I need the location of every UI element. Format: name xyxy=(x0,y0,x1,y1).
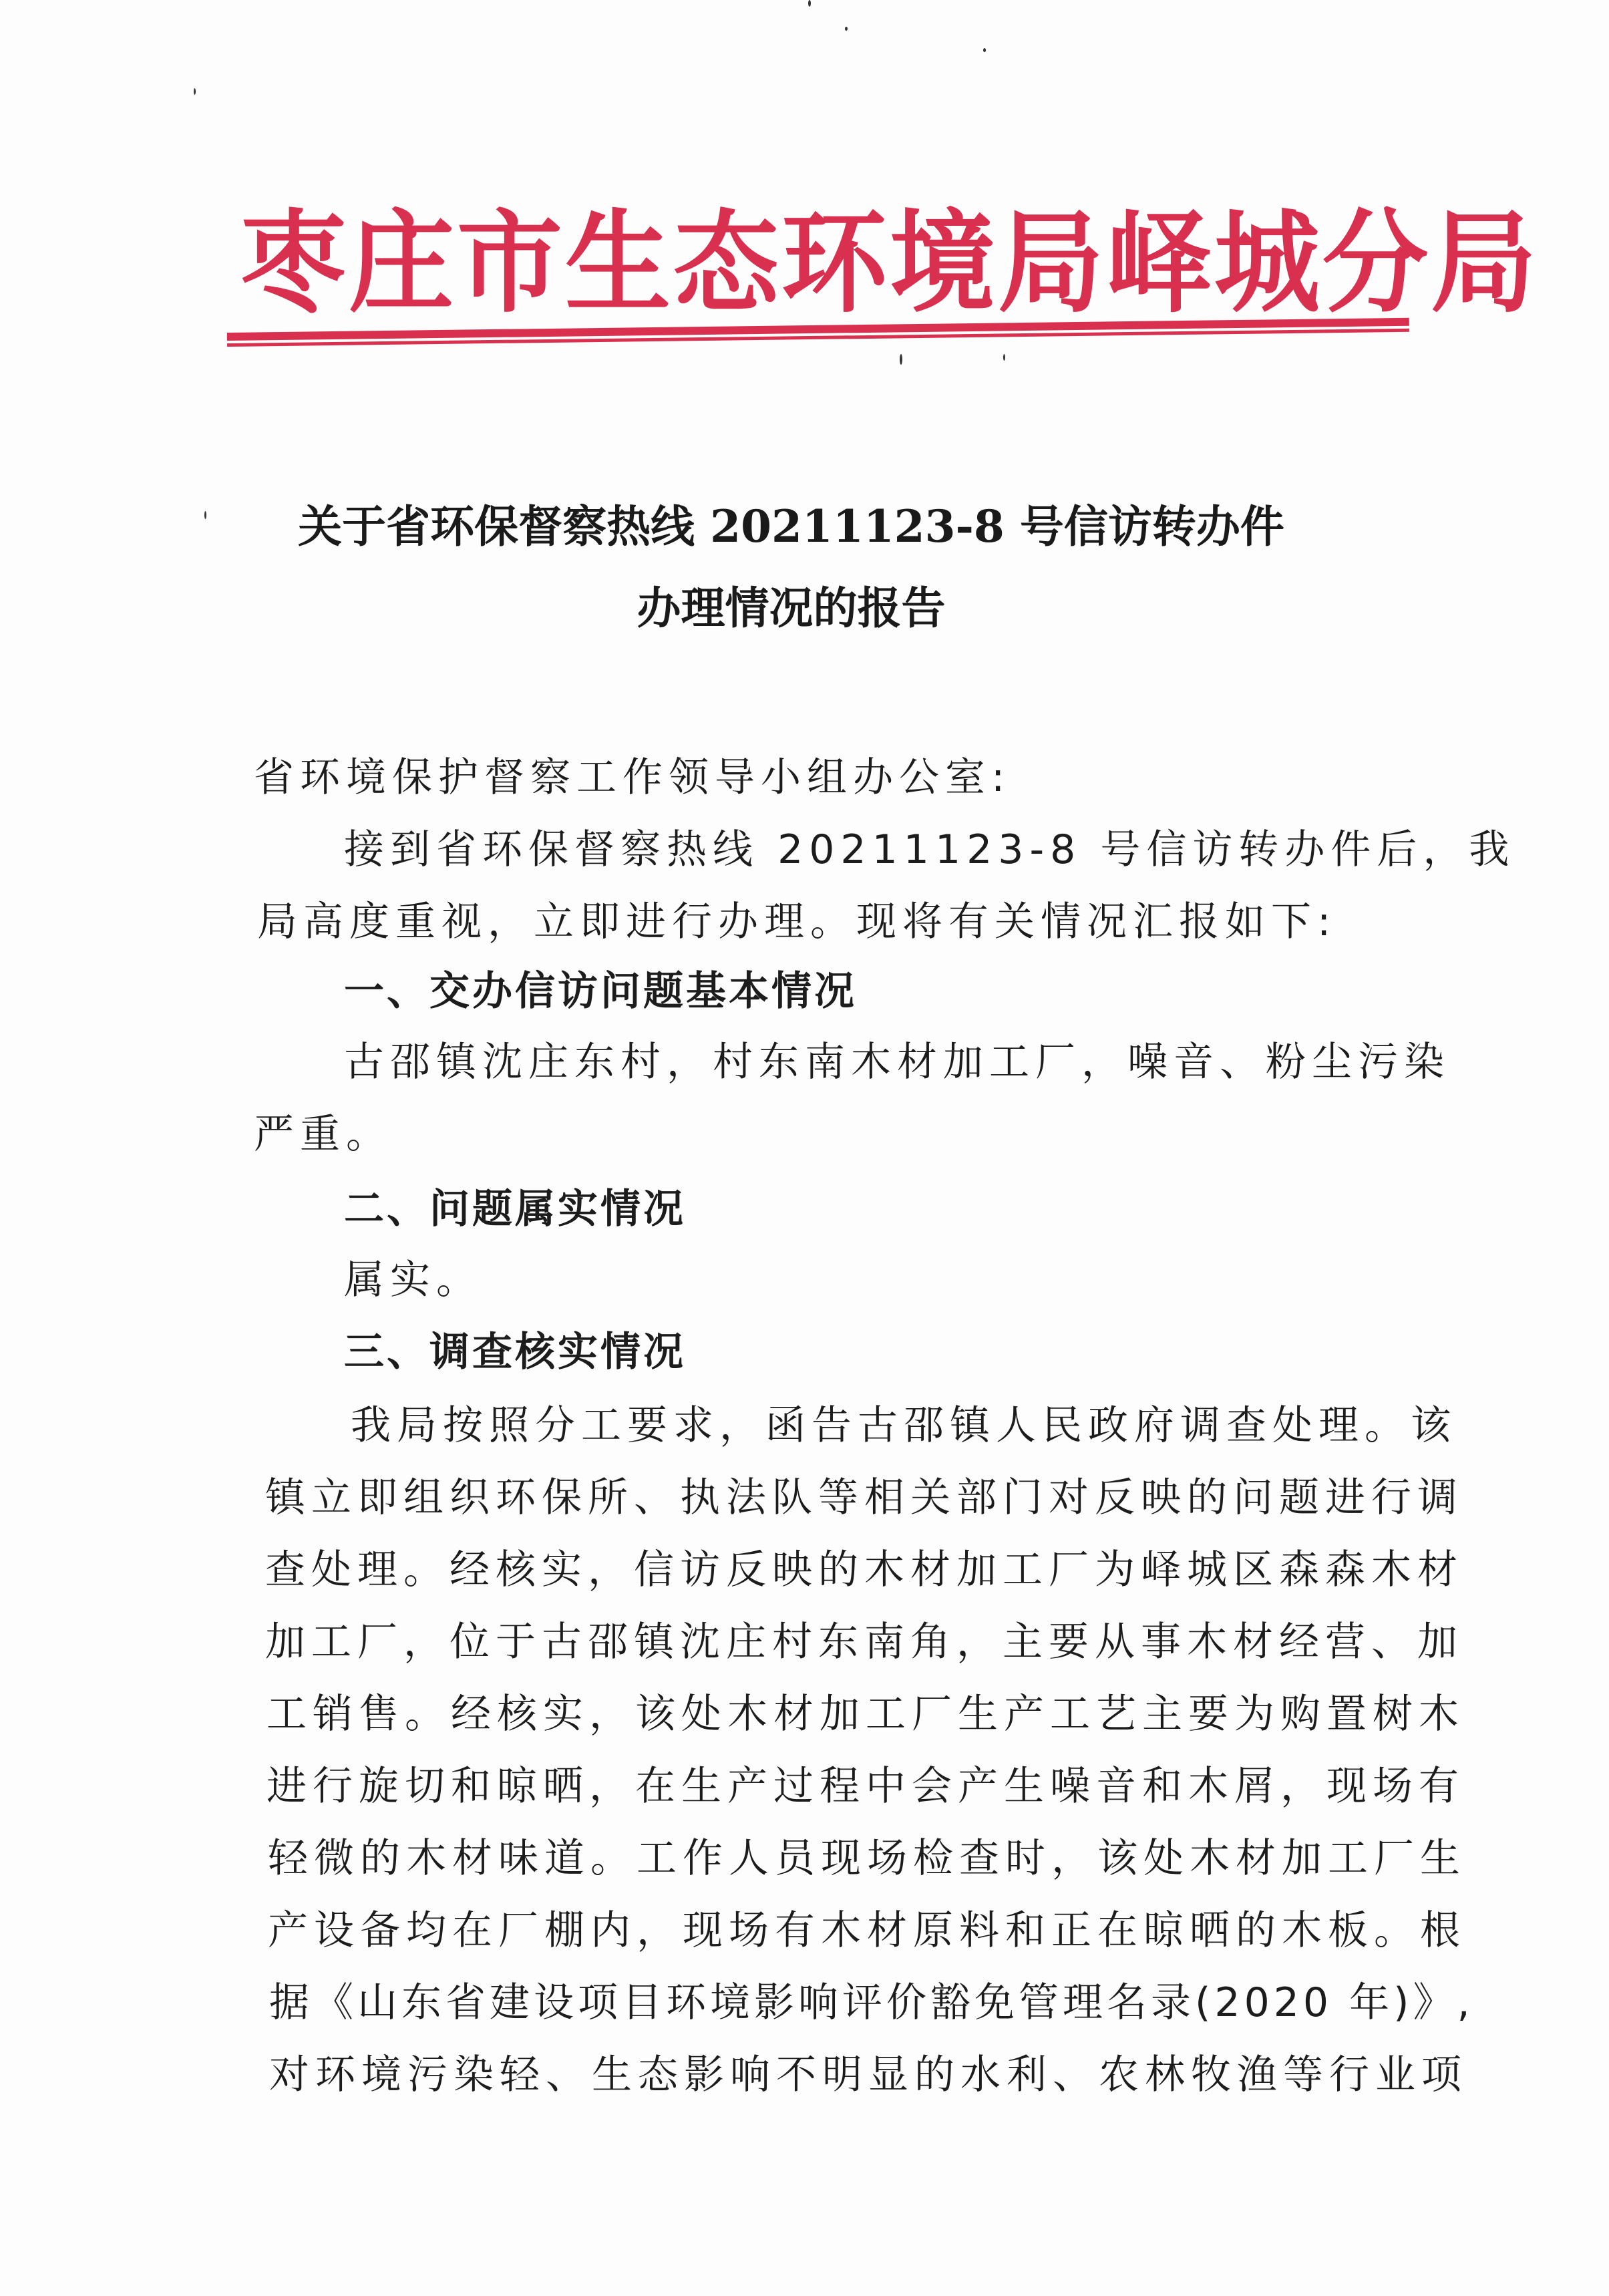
section-heading-3: 三、调查核实情况 xyxy=(344,1316,686,1388)
letterhead-org-name: 枣庄市生态环境局峄城分局 xyxy=(240,200,1389,327)
section-3-line: 查处理。经核实，信访反映的木材加工厂为峄城区森森木材 xyxy=(265,1534,1463,1606)
scan-speck xyxy=(983,48,986,52)
section-3-line: 对环境污染轻、生态影响不明显的水利、农林牧渔等行业项 xyxy=(269,2039,1467,2111)
section-3-line: 轻微的木材味道。工作人员现场检查时，该处木材加工厂生 xyxy=(268,1822,1466,1895)
scan-speck xyxy=(194,88,196,95)
section-3-line: 我局按照分工要求，函告古邵镇人民政府调查处理。该 xyxy=(351,1389,1457,1462)
salutation: 省环境保护督察工作领导小组办公室: xyxy=(254,742,1011,814)
section-heading-2: 二、问题属实情况 xyxy=(344,1173,686,1245)
scan-speck xyxy=(1003,354,1005,361)
section-3-line: 镇立即组织环保所、执法队等相关部门对反映的问题进行调 xyxy=(265,1462,1463,1534)
report-title-line-2: 办理情况的报告 xyxy=(0,581,1596,635)
section-3-line: 进行旋切和晾晒，在生产过程中会产生噪音和木屑，现场有 xyxy=(266,1750,1465,1822)
document-page: 枣庄市生态环境局峄城分局 关于省环保督察热线 20211123-8 号信访转办件… xyxy=(0,0,1609,2296)
section-3-line: 据《山东省建设项目环境影响评价豁免管理名录(2020 年)》, xyxy=(269,1967,1474,2039)
section-1-line: 古邵镇沈庄东村，村东南木材加工厂，噪音、粉尘污染 xyxy=(344,1026,1450,1098)
scan-speck xyxy=(900,354,902,365)
section-heading-1: 一、交办信访问题基本情况 xyxy=(344,955,857,1027)
report-title-line-1: 关于省环保督察热线 20211123-8 号信访转办件 xyxy=(0,500,1596,553)
section-2-line: 属实。 xyxy=(344,1244,482,1316)
scan-speck xyxy=(808,0,811,7)
section-3-line: 工销售。经核实，该处木材加工厂生产工艺主要为购置树木 xyxy=(266,1678,1465,1750)
section-1-line: 严重。 xyxy=(254,1098,392,1170)
section-3-line: 产设备均在厂棚内，现场有木材原料和正在晾晒的木板。根 xyxy=(268,1895,1466,1967)
scan-speck xyxy=(204,511,206,519)
intro-line: 局高度重视，立即进行办理。现将有关情况汇报如下: xyxy=(257,886,1336,958)
section-3-line: 加工厂，位于古邵镇沈庄村东南角，主要从事木材经营、加 xyxy=(265,1606,1463,1678)
scan-speck xyxy=(845,27,848,31)
intro-line: 接到省环保督察热线 20211123-8 号信访转办件后，我 xyxy=(344,814,1515,886)
